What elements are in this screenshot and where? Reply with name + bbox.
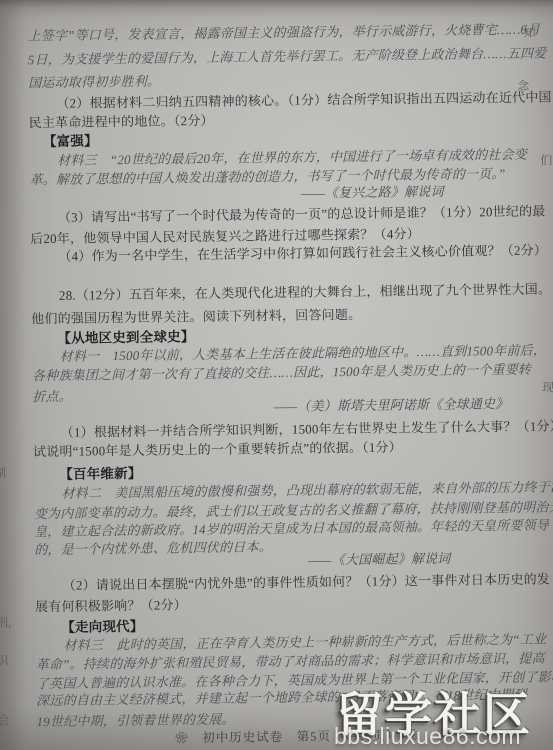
edge-text-fragment: 现 (542, 378, 553, 395)
exam-question-line: 他们的强国历程为世界关注。阅读下列材料，回答问题。 (31, 304, 525, 327)
exam-line: 国运动取得初步胜利。 (28, 68, 522, 91)
edge-text-fragment: 们 (540, 151, 552, 168)
exam-line: 上签字”等口号，发表宣言，揭露帝国主义的强盗行为，举行示威游行，火烧曹宅……6月 (27, 21, 521, 44)
edge-text-fragment: 知 (523, 24, 535, 41)
material-line: 材料二 美国黑船压境的傲慢和强势，凸现出幕府的软弱无能，来自外部的压力终于演 (33, 479, 527, 502)
edge-text-fragment: 制 (0, 464, 6, 481)
watermark-site-url: bbs.liuxue86.com (334, 723, 521, 750)
material-line: 各种族集团之间才第一次有了直接的交往……因此，1500年是人类历史上的一个重要转 (32, 361, 526, 384)
edge-text-fragment: 会 (0, 712, 10, 729)
exam-paper-sheet: 上签字”等口号，发表宣言，揭露帝国主义的强盗行为，举行示威游行，火烧曹宅……6月… (0, 0, 553, 750)
exam-question-line: 28.（12分）五百年来，在人类现代化进程的大舞台上，相继出现了九个世界性大国。 (31, 281, 525, 304)
exam-question-line: 试说明“1500年是人类历史上的一个重要转折点”的依据。（1分） (33, 437, 527, 460)
exam-question-line: （2）请说出日本摆脱“内忧外患”的事件性质如何？（1分）这一事件对日本历史的发 (35, 571, 529, 594)
edge-text-fragment: 刑, (0, 613, 11, 630)
edge-text-fragment: 识 (0, 652, 9, 669)
exam-question-line: 展有何积极影响？（2分） (35, 592, 529, 615)
exam-paper-photo: 上签字”等口号，发表宣言，揭露帝国主义的强盗行为，举行示威游行，火烧曹宅……6月… (0, 0, 553, 750)
exam-question-line: （3）请写出“书写了一个时代最为传奇的一页”的总设计师是谁？（1分）20世纪的最 (30, 203, 524, 226)
exam-line: 5日，为支援学生的爱国行为，上海工人首先举行罢工。无产阶级登上政治舞台……五四爱 (28, 45, 522, 68)
edge-text-fragment: 念 (517, 77, 529, 94)
